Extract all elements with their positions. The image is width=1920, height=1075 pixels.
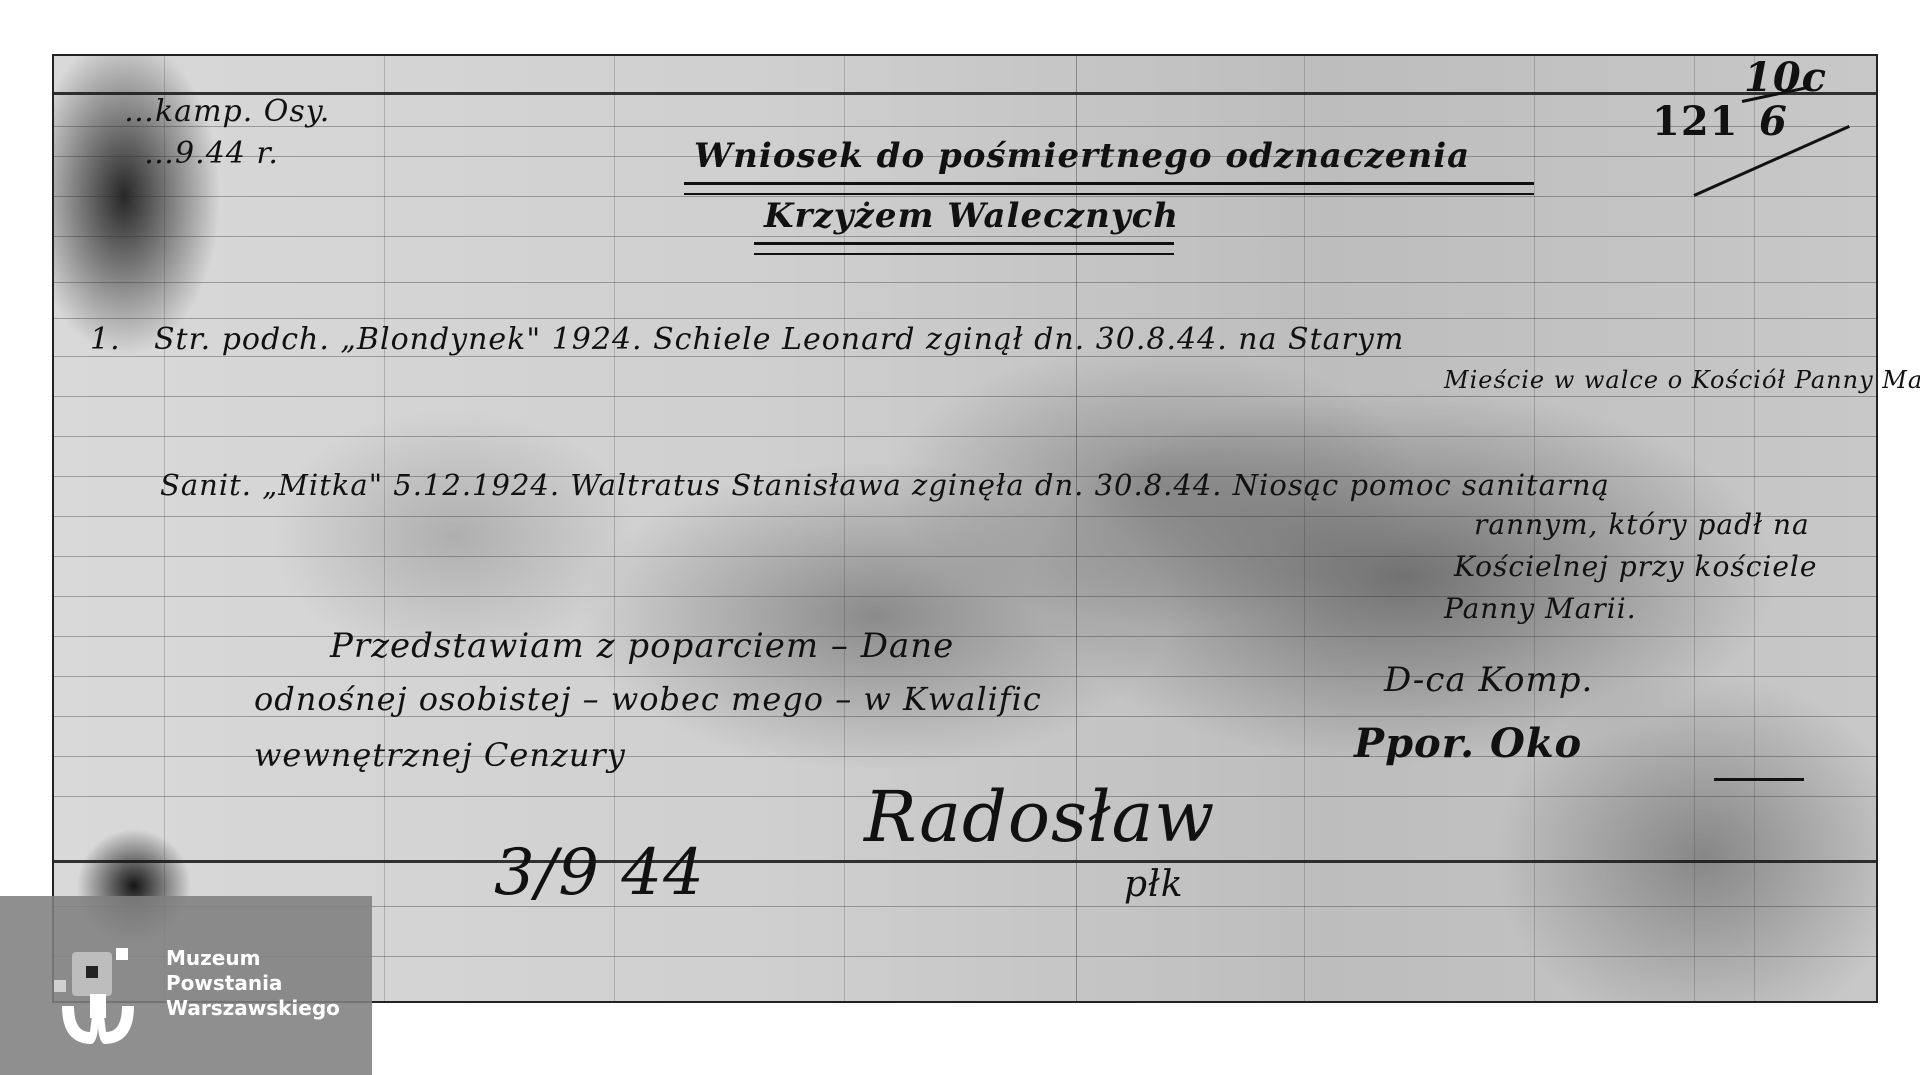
museum-watermark: Muzeum Powstania Warszawskiego <box>0 896 372 1075</box>
header-date: …9.44 r. <box>144 136 279 171</box>
endorsement-line3: wewnętrznej Cenzury <box>254 736 626 774</box>
entry-2-line4: Panny Marii. <box>1444 592 1637 625</box>
grid-line <box>384 56 385 1001</box>
scanned-document-sheet: …kamp. Osy. …9.44 r. Wniosek do pośmiert… <box>52 54 1878 1003</box>
grid-line <box>164 56 165 1001</box>
ruled-line <box>54 676 1876 677</box>
commander-title: D-ca Komp. <box>1384 660 1593 700</box>
ruled-line <box>54 636 1876 637</box>
folio-number: 121 <box>1652 98 1739 145</box>
endorsement-line1: Przedstawiam z poparciem – Dane <box>330 626 954 666</box>
ruled-line <box>54 318 1876 319</box>
header-unit: …kamp. Osy. <box>124 94 330 129</box>
entry-1-line1: Str. podch. „Blondynek" 1924. Schiele Le… <box>154 322 1404 357</box>
museum-name: Muzeum Powstania Warszawskiego <box>166 946 340 1021</box>
ruled-line <box>54 860 1876 863</box>
ruled-line <box>54 236 1876 237</box>
museum-name-line3: Warszawskiego <box>166 996 340 1021</box>
endorsement-line2: odnośnej osobistej – wobec mego – w Kwal… <box>254 680 1042 718</box>
title-underline <box>754 242 1174 255</box>
document-title-line2: Krzyżem Walecznych <box>764 196 1179 236</box>
reference-top: 10c <box>1744 54 1827 101</box>
entry-2-line2: rannym, który padł na <box>1474 508 1810 541</box>
signature-flourish <box>1714 778 1804 781</box>
entry-2-line1: Sanit. „Mitka" 5.12.1924. Waltratus Stan… <box>160 468 1610 502</box>
entry-2-line3: Kościelnej przy kościele <box>1454 550 1817 583</box>
approver-signature: Radosław <box>864 776 1215 858</box>
reference-bottom: 6 <box>1759 98 1788 145</box>
commander-signature: Ppor. Oko <box>1354 720 1582 767</box>
grid-line <box>1304 56 1305 1001</box>
title-underline <box>684 182 1534 195</box>
ruled-line <box>54 396 1876 397</box>
museum-name-line1: Muzeum <box>166 946 340 971</box>
anchor-logo-icon <box>52 944 142 1049</box>
document-title-line1: Wniosek do pośmiertnego odznaczenia <box>694 136 1470 176</box>
entry-1-line2: Mieście w walce o Kościół Panny Marii <box>1444 366 1920 394</box>
approval-date: 3/9 44 <box>494 836 705 910</box>
museum-name-line2: Powstania <box>166 971 340 996</box>
ruled-line <box>54 282 1876 283</box>
entry-1-number: 1. <box>90 322 121 357</box>
approver-rank: płk <box>1124 864 1184 905</box>
ruled-line <box>54 436 1876 437</box>
